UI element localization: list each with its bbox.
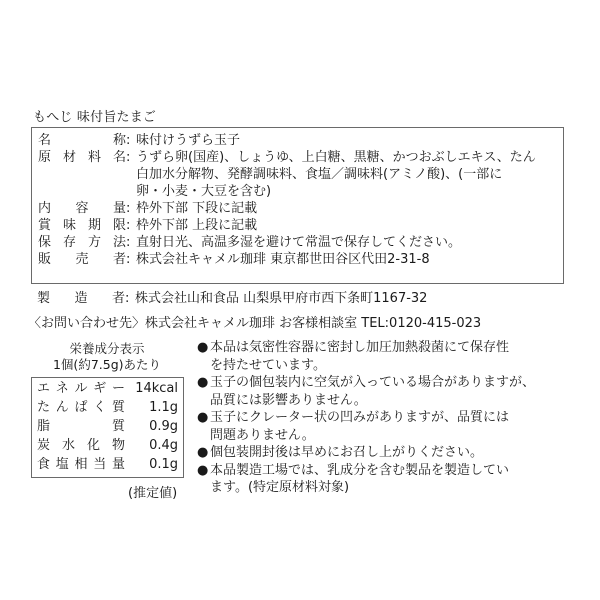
row-value: 枠外下部 下段に記載 <box>136 200 257 217</box>
note-item: ● 本品製造工場では、乳成分を含む製品を製造してい ます。(特定原材料対象) <box>197 462 592 497</box>
nutrition-serving: 1個(約7.5g)あたり <box>31 357 183 372</box>
row-value: 枠外下部 上段に記載 <box>136 217 257 234</box>
row-label: 保存方法 <box>38 234 126 251</box>
row-label: 製造者 <box>37 290 125 307</box>
nutrition-estimate-note: (推定値) <box>128 482 177 501</box>
nutrition-row-carbohydrate: 炭水化物 0.4g <box>37 436 178 455</box>
nutrition-heading: 栄養成分表示 <box>31 341 183 356</box>
row-label: 販売者 <box>38 251 126 268</box>
row-value-cont: 卵・小麦・大豆を含む) <box>136 183 271 200</box>
row-value: 直射日光、高温多湿を避けて常温で保存してください。 <box>136 234 461 251</box>
bullet-icon: ● <box>197 409 208 427</box>
row-label: 名称 <box>38 132 126 149</box>
nutrition-value: 1.1g <box>149 398 178 417</box>
row-label: 原材料名 <box>38 149 126 166</box>
note-item: ● 玉子の個包装内に空気が入っている場合がありますが、 品質には影響ありません。 <box>197 374 592 409</box>
nutrition-value: 14kcal <box>135 379 178 398</box>
row-value-cont: 白加水分解物、発酵調味料、食塩／調味料(アミノ酸)、(一部に <box>136 166 502 183</box>
note-item: ● 個包装開封後は早めにお召し上がりください。 <box>197 444 592 462</box>
bullet-icon: ● <box>197 339 208 357</box>
note-item: ● 本品は気密性容器に密封し加圧加熱殺菌にて保存性 を持たせています。 <box>197 339 592 374</box>
bullet-icon: ● <box>197 374 208 392</box>
nutrition-row-energy: エネルギー 14kcal <box>37 379 178 398</box>
row-value: 株式会社キャメル珈琲 東京都世田谷区代田2-31-8 <box>136 251 430 268</box>
bullet-icon: ● <box>197 444 208 462</box>
contact-info: 〈お問い合わせ先〉株式会社キャメル珈琲 お客様相談室 TEL:0120-415-… <box>28 315 481 332</box>
manufacturer-value: 株式会社山和食品 山梨県甲府市西下条町1167-32 <box>135 290 427 307</box>
nutrition-value: 0.9g <box>149 417 178 436</box>
product-title: もへじ 味付旨たまご <box>33 106 156 125</box>
row-label: 賞味期限 <box>38 217 126 234</box>
nutrition-value: 0.1g <box>149 455 178 474</box>
caution-notes: ● 本品は気密性容器に密封し加圧加熱殺菌にて保存性 を持たせています。 ● 玉子… <box>197 339 592 497</box>
product-info-box: 名称 : 味付けうずら玉子 原材料名 : うずら卵(国産)、しょうゆ、上白糖、黒… <box>31 127 564 284</box>
nutrition-row-salt: 食塩相当量 0.1g <box>37 455 178 474</box>
note-item: ● 玉子にクレーター状の凹みがありますが、品質には 問題ありません。 <box>197 409 592 444</box>
nutrition-row-fat: 脂質 0.9g <box>37 417 178 436</box>
row-value: 味付けうずら玉子 <box>136 132 240 149</box>
nutrition-row-protein: たんぱく質 1.1g <box>37 398 178 417</box>
row-label: 内容量 <box>38 200 126 217</box>
nutrition-table: エネルギー 14kcal たんぱく質 1.1g 脂質 0.9g 炭水化物 0.4… <box>31 377 184 478</box>
nutrition-value: 0.4g <box>149 436 178 455</box>
row-value: うずら卵(国産)、しょうゆ、上白糖、黒糖、かつおぶしエキス、たん <box>136 149 536 166</box>
bullet-icon: ● <box>197 462 208 480</box>
